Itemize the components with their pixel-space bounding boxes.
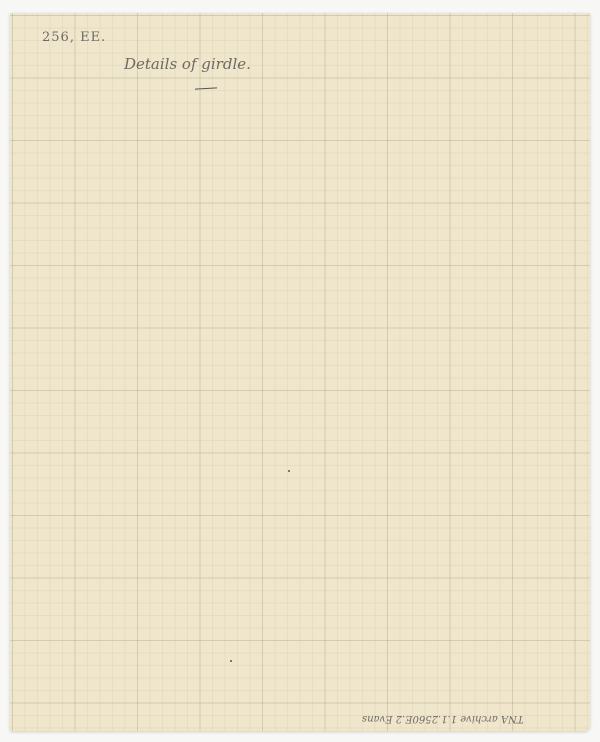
handwritten-title: Details of girdle. xyxy=(124,55,251,73)
title-underline xyxy=(195,87,217,89)
reference-number: 256, EE. xyxy=(42,30,106,45)
ink-dot xyxy=(230,660,232,662)
graph-paper-sheet: 256, EE. Details of girdle. TNA archive … xyxy=(10,13,590,731)
archive-annotation: TNA archive 1.1.2560E.2 Evans xyxy=(362,713,524,724)
ink-dot xyxy=(288,470,290,472)
